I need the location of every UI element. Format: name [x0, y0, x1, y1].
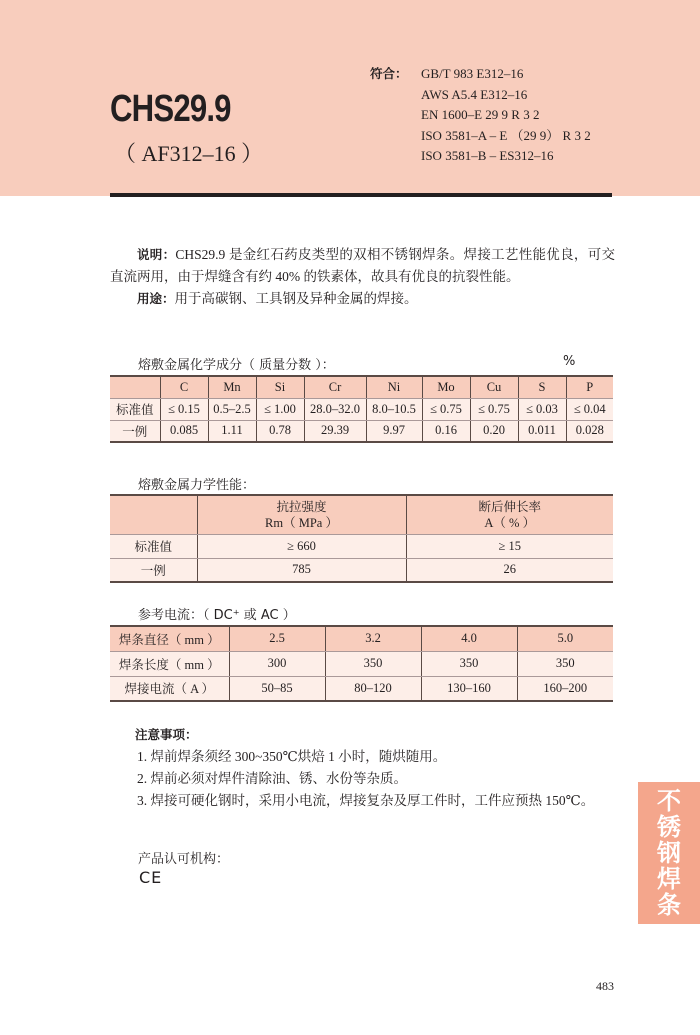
table-cell: 0.5–2.5 — [208, 398, 256, 420]
note-item: 1. 焊前焊条须经 300~350℃烘焙 1 小时，随烘随用。 — [110, 746, 615, 768]
table-cell: ≥ 660 — [197, 534, 406, 558]
table-cell: ≤ 0.75 — [422, 398, 470, 420]
side-tab-char: 焊 — [657, 866, 681, 892]
chem-section-title: 熔敷金属化学成分（ 质量分数 ）： — [138, 354, 335, 373]
column-header: Si — [256, 376, 304, 398]
description-label: 说明： — [137, 247, 175, 262]
standards-list: GB/T 983 E312–16 AWS A5.4 E312–16 EN 160… — [421, 64, 591, 167]
chem-unit: % — [563, 354, 575, 369]
column-header: Mo — [422, 376, 470, 398]
table-cell: ≤ 0.15 — [160, 398, 208, 420]
column-header: Mn — [208, 376, 256, 398]
standard-item: GB/T 983 E312–16 — [421, 64, 591, 85]
table-cell: ≤ 1.00 — [256, 398, 304, 420]
current-section-title: 参考电流：（ DC⁺ 或 AC ） — [138, 604, 296, 623]
column-name: 断后伸长率 — [408, 499, 613, 515]
table-cell: 28.0–32.0 — [304, 398, 366, 420]
row-label: 标准值 — [110, 398, 160, 420]
table-cell: 5.0 — [517, 626, 613, 651]
row-label: 焊条长度（ mm ） — [110, 651, 229, 676]
column-header: 抗拉强度 Rm（ MPa ） — [197, 495, 406, 534]
certification-title: 产品认可机构： — [138, 848, 229, 867]
table-cell: 0.085 — [160, 420, 208, 442]
column-header: Cr — [304, 376, 366, 398]
note-item: 2. 焊前必须对焊件清除油、锈、水份等杂质。 — [110, 768, 615, 790]
table-cell: 29.39 — [304, 420, 366, 442]
ce-mark-icon: CE — [139, 868, 162, 887]
column-unit: Rm（ MPa ） — [199, 515, 405, 531]
usage-paragraph: 用途：用于高碳钢、工具钢及异种金属的焊接。 — [110, 288, 615, 310]
standard-item: ISO 3581–B – ES312–16 — [421, 146, 591, 167]
table-cell: 0.011 — [518, 420, 566, 442]
column-header: S — [518, 376, 566, 398]
side-tab-char: 钢 — [657, 840, 681, 866]
table-cell: 80–120 — [325, 676, 421, 701]
table-cell: 300 — [229, 651, 325, 676]
column-header — [110, 376, 160, 398]
table-cell: 0.028 — [566, 420, 613, 442]
standard-item: EN 1600–E 29 9 R 3 2 — [421, 105, 591, 126]
side-tab-char: 条 — [657, 892, 681, 918]
table-cell: 2.5 — [229, 626, 325, 651]
table-header-row: 抗拉强度 Rm（ MPa ） 断后伸长率 A（ % ） — [110, 495, 613, 534]
table-cell: 1.11 — [208, 420, 256, 442]
header-divider — [110, 193, 612, 197]
table-cell: 160–200 — [517, 676, 613, 701]
table-header-row: C Mn Si Cr Ni Mo Cu S P — [110, 376, 613, 398]
row-label: 焊条直径（ mm ） — [110, 626, 229, 651]
product-code: CHS29.9 — [110, 88, 231, 131]
side-tab-char: 不 — [657, 788, 681, 814]
table-row: 焊条长度（ mm ） 300 350 350 350 — [110, 651, 613, 676]
column-header: Cu — [470, 376, 518, 398]
header-band — [0, 0, 700, 196]
table-cell: 785 — [197, 558, 406, 582]
standards-block: 符合： GB/T 983 E312–16 AWS A5.4 E312–16 EN… — [370, 64, 591, 167]
usage-text: 用于高碳钢、工具钢及异种金属的焊接。 — [175, 291, 418, 306]
table-cell: 130–160 — [421, 676, 517, 701]
table-cell: ≤ 0.03 — [518, 398, 566, 420]
table-cell: 3.2 — [325, 626, 421, 651]
page-number: 483 — [596, 979, 614, 994]
row-label: 标准值 — [110, 534, 197, 558]
column-header: Ni — [366, 376, 422, 398]
standard-item: AWS A5.4 E312–16 — [421, 85, 591, 106]
table-cell: ≥ 15 — [406, 534, 613, 558]
table-cell: 350 — [421, 651, 517, 676]
note-item: 3. 焊接可硬化钢时，采用小电流，焊接复杂及厚工件时，工件应预热 150℃。 — [110, 790, 615, 812]
table-row: 标准值 ≤ 0.15 0.5–2.5 ≤ 1.00 28.0–32.0 8.0–… — [110, 398, 613, 420]
side-tab-char: 锈 — [657, 814, 681, 840]
reference-current-table: 焊条直径（ mm ） 2.5 3.2 4.0 5.0 焊条长度（ mm ） 30… — [110, 625, 613, 702]
usage-label: 用途： — [137, 291, 175, 306]
notes-title: 注意事项： — [110, 724, 615, 746]
product-alias: （ AF312–16 ） — [114, 137, 263, 168]
column-header: P — [566, 376, 613, 398]
row-label: 一例 — [110, 558, 197, 582]
column-header: 断后伸长率 A（ % ） — [406, 495, 613, 534]
table-cell: 350 — [517, 651, 613, 676]
mech-section-title: 熔敷金属力学性能： — [138, 474, 255, 493]
row-label: 一例 — [110, 420, 160, 442]
table-cell: 0.16 — [422, 420, 470, 442]
category-side-tab: 不 锈 钢 焊 条 — [638, 782, 700, 924]
table-cell: 4.0 — [421, 626, 517, 651]
column-header: C — [160, 376, 208, 398]
notes-block: 注意事项： 1. 焊前焊条须经 300~350℃烘焙 1 小时，随烘随用。 2.… — [110, 724, 615, 812]
table-row: 一例 785 26 — [110, 558, 613, 582]
description-paragraph: 说明：CHS29.9 是金红石药皮类型的双相不锈钢焊条。焊接工艺性能优良，可交直… — [110, 244, 615, 288]
standards-label: 符合： — [370, 64, 420, 85]
description-block: 说明：CHS29.9 是金红石药皮类型的双相不锈钢焊条。焊接工艺性能优良，可交直… — [110, 244, 615, 310]
mechanical-properties-table: 抗拉强度 Rm（ MPa ） 断后伸长率 A（ % ） 标准值 ≥ 660 ≥ … — [110, 494, 613, 583]
standard-item: ISO 3581–A – E （29 9） R 3 2 — [421, 126, 591, 147]
table-cell: 8.0–10.5 — [366, 398, 422, 420]
table-row: 焊条直径（ mm ） 2.5 3.2 4.0 5.0 — [110, 626, 613, 651]
table-cell: 50–85 — [229, 676, 325, 701]
table-cell: 350 — [325, 651, 421, 676]
table-cell: 9.97 — [366, 420, 422, 442]
chemical-composition-table: C Mn Si Cr Ni Mo Cu S P 标准值 ≤ 0.15 0.5–2… — [110, 375, 613, 443]
table-row: 标准值 ≥ 660 ≥ 15 — [110, 534, 613, 558]
column-name: 抗拉强度 — [199, 499, 405, 515]
description-text: CHS29.9 是金红石药皮类型的双相不锈钢焊条。焊接工艺性能优良，可交直流两用… — [110, 247, 615, 284]
table-cell: 26 — [406, 558, 613, 582]
column-unit: A（ % ） — [408, 515, 613, 531]
column-header — [110, 495, 197, 534]
row-label: 焊接电流（ A ） — [110, 676, 229, 701]
table-row: 一例 0.085 1.11 0.78 29.39 9.97 0.16 0.20 … — [110, 420, 613, 442]
table-cell: 0.20 — [470, 420, 518, 442]
table-cell: ≤ 0.75 — [470, 398, 518, 420]
table-cell: ≤ 0.04 — [566, 398, 613, 420]
table-row: 焊接电流（ A ） 50–85 80–120 130–160 160–200 — [110, 676, 613, 701]
table-cell: 0.78 — [256, 420, 304, 442]
